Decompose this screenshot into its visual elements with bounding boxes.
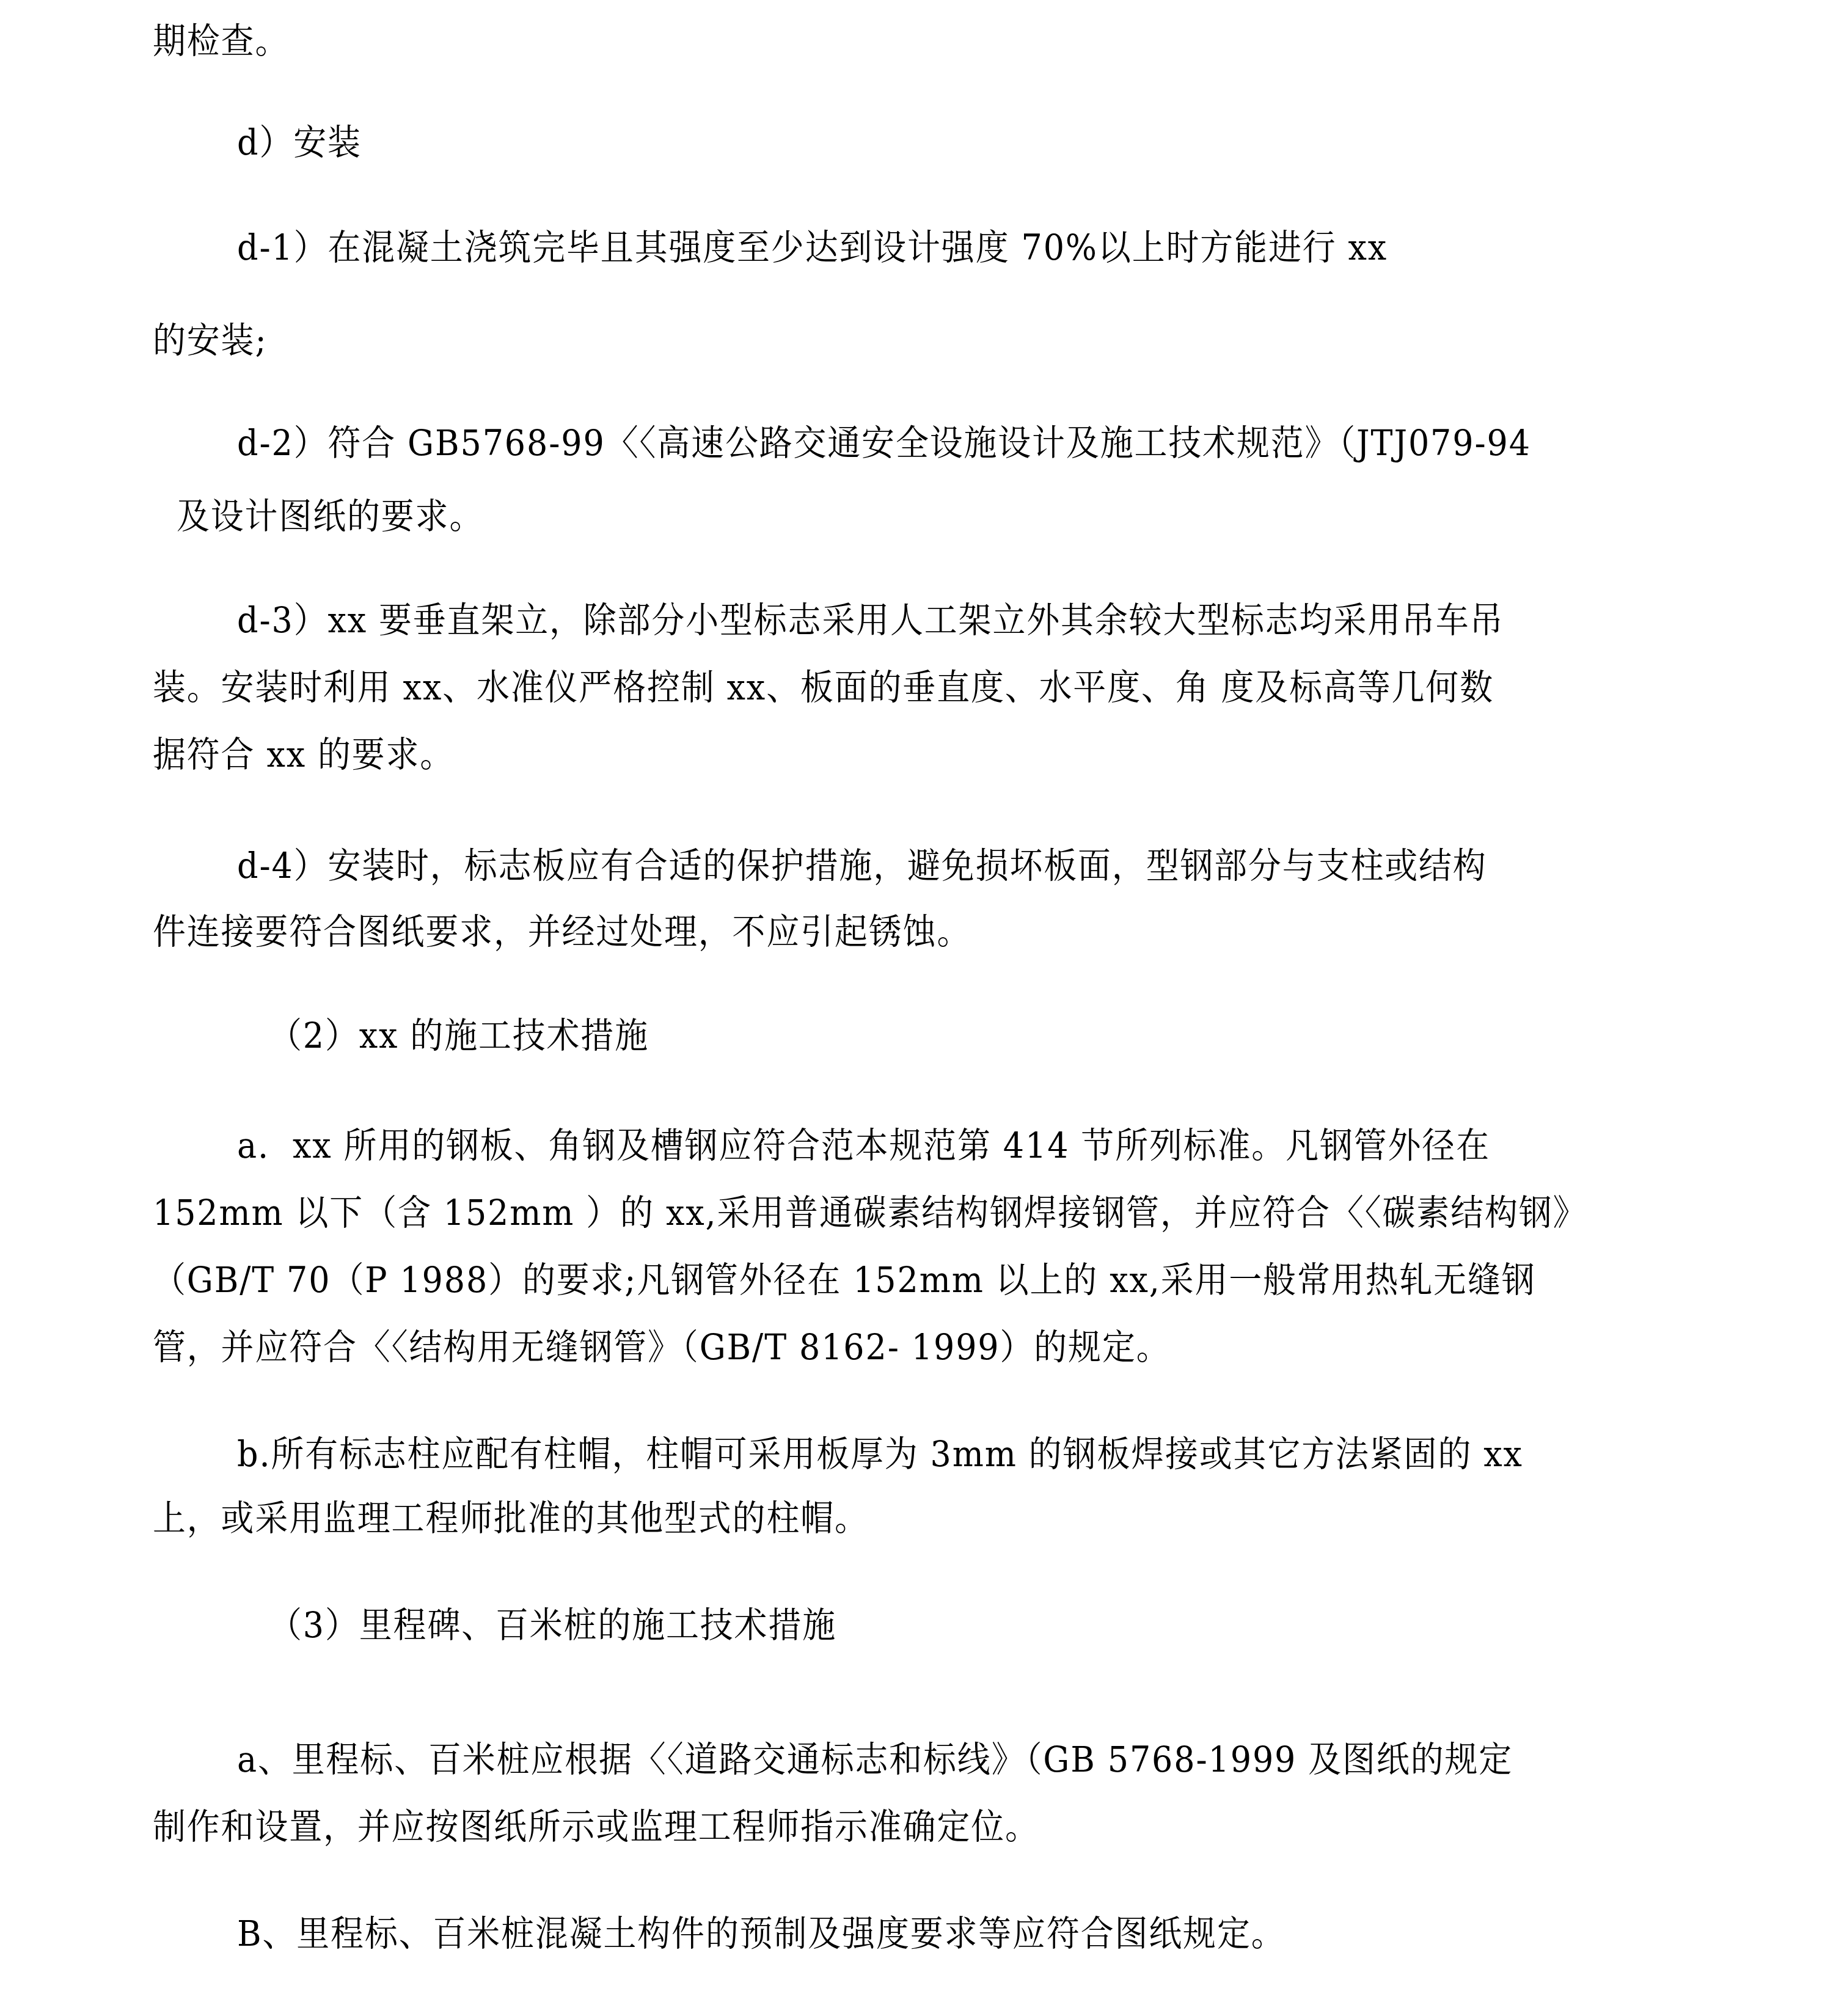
text-line: d-2）符合 GB5768-99〈〈高速公路交通安全设施设计及施工技术规范》（J…: [237, 422, 1531, 464]
text-line: d）安装: [237, 121, 362, 164]
text-line: 装。安装时利用 xx、水准仪严格控制 xx、板面的垂直度、水平度、角 度及标高等…: [153, 666, 1494, 709]
text-line: 据符合 xx 的要求。: [153, 733, 454, 776]
text-line: 管，并应符合〈〈结构用无缝钢管》（GB/T 8162- 1999）的规定。: [153, 1326, 1171, 1368]
text-line: 制作和设置，并应按图纸所示或监理工程师指示准确定位。: [153, 1805, 1039, 1848]
text-line: B、里程标、百米桩混凝土构件的预制及强度要求等应符合图纸规定。: [237, 1912, 1286, 1955]
text-line: 的安装;: [153, 319, 267, 362]
text-line: d-4）安装时，标志板应有合适的保护措施，避免损坏板面，型钢部分与支柱或结构: [237, 844, 1487, 887]
text-line: 152mm 以下（含 152mm ）的 xx,采用普通碳素结构钢焊接钢管，并应符…: [153, 1191, 1587, 1234]
text-line: d-1）在混凝土浇筑完毕且其强度至少达到设计强度 70%以上时方能进行 xx: [237, 226, 1388, 269]
text-line: （3）里程碑、百米桩的施工技术措施: [269, 1604, 836, 1646]
text-line: 件连接要符合图纸要求，并经过处理，不应引起锈蚀。: [153, 910, 971, 953]
text-line: b.所有标志柱应配有柱帽，柱帽可采用板厚为 3mm 的钢板焊接或其它方法紧固的 …: [237, 1433, 1523, 1475]
text-line: a、里程标、百米桩应根据〈〈道路交通标志和标线》（GB 5768-1999 及图…: [237, 1738, 1513, 1781]
text-line: d-3）xx 要垂直架立，除部分小型标志采用人工架立外其余较大型标志均采用吊车吊: [237, 599, 1504, 641]
text-line: 期检查。: [153, 20, 289, 62]
text-line: 上，或采用监理工程师批准的其他型式的柱帽。: [153, 1497, 869, 1539]
text-line: 及设计图纸的要求。: [165, 495, 483, 538]
text-line: a. xx 所用的钢板、角钢及槽钢应符合范本规范第 414 节所列标准。凡钢管外…: [237, 1124, 1490, 1167]
text-line: （GB/T 70（P 1988）的要求;凡钢管外径在 152mm 以上的 xx,…: [153, 1258, 1536, 1301]
text-line: （2）xx 的施工技术措施: [269, 1014, 649, 1057]
